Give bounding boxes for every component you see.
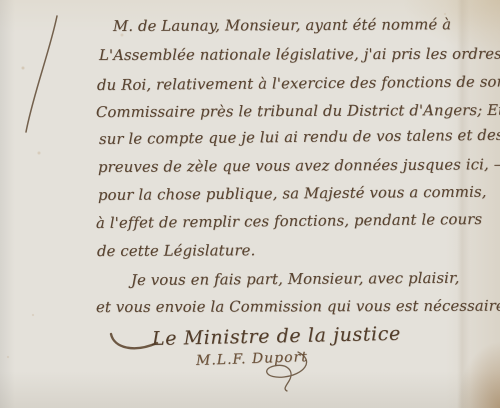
margin-pen-stroke [26, 16, 57, 132]
signoff-title: Le Ministre de la justice [152, 323, 401, 350]
letter-line: à l'effet de remplir ces fonctions, pend… [96, 211, 482, 232]
letter-line: sur le compte que je lui ai rendu de vos… [99, 127, 500, 148]
letter-line: preuves de zèle que vous avez données ju… [98, 156, 500, 176]
letter-line: et vous envoie la Commission qui vous es… [96, 298, 500, 316]
minister-signature: M.L.F. Duport [196, 349, 308, 369]
letter-line: du Roi, relativement à l'exercice des fo… [97, 73, 500, 94]
letter-line: Commissaire près le tribunal du District… [96, 102, 500, 121]
letter-line: de cette Législature. [97, 242, 256, 260]
letter-line: pour la chose publique, sa Majesté vous … [98, 184, 487, 204]
letter-line: M. de Launay, Monsieur, ayant été nommé … [113, 16, 451, 35]
letter-page: M. de Launay, Monsieur, ayant été nommé … [0, 0, 500, 408]
letter-line: L'Assemblée nationale législative, j'ai … [99, 46, 500, 64]
signoff-flourish [111, 334, 157, 348]
letter-line: Je vous en fais part, Monsieur, avec pla… [131, 270, 460, 289]
